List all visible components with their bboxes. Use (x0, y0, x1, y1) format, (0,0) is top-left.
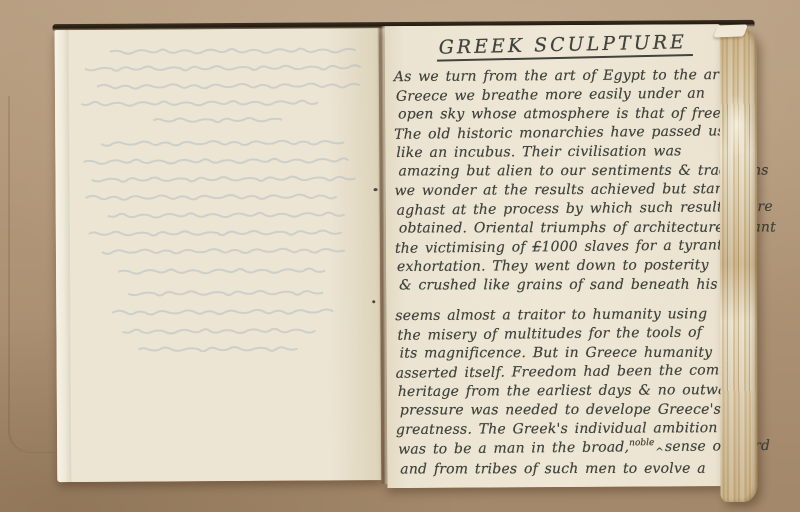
bleedthrough-line (110, 48, 356, 54)
handwritten-line: the misery of multitudes for the tools o… (397, 323, 718, 345)
handwritten-text: the victimising of (395, 239, 533, 256)
handwritten-line: & crushed like grains of sand beneath hi… (399, 276, 718, 296)
bleedthrough-line (85, 65, 361, 71)
notebook-photo-scene: GREEK SCULPTURE As we turn from the art … (0, 0, 800, 512)
bleedthrough-line (91, 176, 355, 182)
handwritten-line: The old historic monarchies have passed … (394, 122, 717, 144)
handwritten-line: was to be a man in the broad,noble^sense… (398, 437, 719, 461)
handwritten-ins: noble (629, 438, 654, 448)
cover-outline (8, 96, 54, 453)
page-title: GREEK SCULPTURE (436, 31, 693, 62)
handwritten-line: and from tribes of such men to evolve a (400, 460, 719, 480)
handwritten-line: exhortation. They went down to posterity (397, 256, 718, 277)
bleedthrough-line (153, 118, 282, 123)
handwritten-line: asserted itself. Freedom had been the co… (396, 361, 719, 383)
bleedthrough-line (86, 194, 337, 200)
handwritten-line: pressure was needed to develope Greece's (400, 401, 719, 421)
handwritten-line: like an incubus. Their civilisation was (396, 142, 717, 163)
handwritten-line: the victimising of £1000 slaves for a ty… (395, 236, 718, 258)
bleedthrough-line (83, 158, 348, 164)
handwritten-text: was to be a man in the broad, (398, 439, 629, 457)
manuscript-paragraph-2: seems almost a traitor to humanity using… (395, 305, 719, 480)
right-page: GREEK SCULPTURE As we turn from the art … (385, 24, 724, 488)
bleedthrough-line (122, 329, 315, 334)
bleedthrough-line (108, 212, 345, 217)
ink-speck (374, 188, 378, 191)
handwritten-line: aghast at the process by which such resu… (397, 198, 718, 220)
ink-bleedthrough-lines (55, 28, 382, 482)
open-notebook: GREEK SCULPTURE As we turn from the art … (55, 20, 758, 502)
bleedthrough-line (112, 309, 333, 314)
ink-speck (372, 300, 375, 303)
title-row: GREEK SCULPTURE (385, 24, 721, 60)
bleedthrough-line (118, 268, 325, 273)
handwritten-line: Greece we breathe more easily under an (396, 84, 717, 106)
bleedthrough-line (89, 230, 342, 236)
handwritten-strike: £ (532, 239, 541, 255)
page-stack-fore-edge (720, 28, 758, 502)
manuscript-paragraph-1: As we turn from the art of Egypt to the … (394, 66, 718, 296)
bleedthrough-line (139, 347, 298, 352)
bleedthrough-line (81, 101, 318, 106)
handwritten-line: its magnificence. But in Greece humanity (400, 344, 719, 364)
handwritten-line: open sky whose atmosphere is that of fre… (398, 105, 717, 125)
handwritten-line: obtained. Oriental triumphs of architect… (399, 219, 718, 239)
bleedthrough-line (128, 291, 323, 296)
handwritten-line: heritage from the earliest days & no out… (398, 381, 719, 402)
bleedthrough-line (102, 248, 345, 253)
bleedthrough-line (101, 140, 344, 145)
handwritten-line: amazing but alien to our sentiments & tr… (398, 162, 717, 182)
handwritten-caret: ^ (655, 447, 664, 458)
bleedthrough-line (97, 83, 360, 89)
handwritten-text: 1000 slaves for a tyrant's (541, 237, 734, 255)
left-page (55, 28, 382, 482)
